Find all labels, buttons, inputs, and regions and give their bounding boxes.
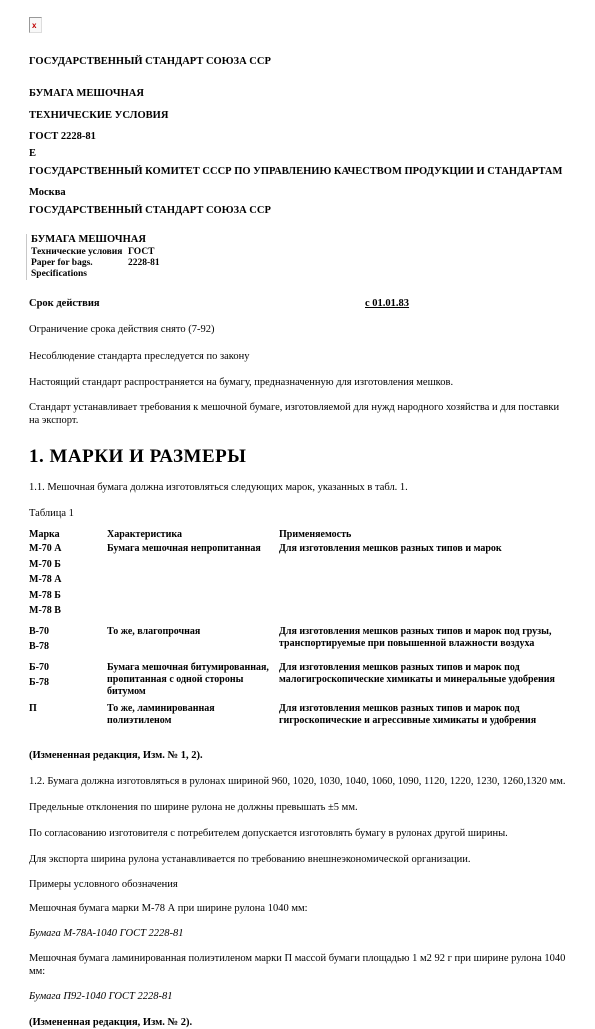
mark-value: М-78 Б [29,590,101,602]
title-block: БУМАГА МЕШОЧНАЯ Технические условия Pape… [26,234,566,280]
section1-heading: 1. МАРКИ И РАЗМЕРЫ [29,447,566,467]
example1-text: Мешочная бумага марки М-78 А при ширине … [29,902,566,915]
example2-designation: Бумага П92-1040 ГОСТ 2228-81 [29,990,566,1003]
title-block-gost-number: 2228-81 [128,258,160,269]
city-line: Москва [29,186,566,199]
union-standard-repeat: ГОСУДАРСТВЕННЫЙ СТАНДАРТ СОЮЗА ССР [29,204,566,217]
clause-1-2: 1.2. Бумага должна изготовляться в рулон… [29,775,566,788]
amendment-note-1: (Измененная редакция, Изм. № 1, 2). [29,749,566,762]
doc-title: БУМАГА МЕШОЧНАЯ [29,87,566,100]
mark-value: В-70 [29,626,101,638]
table-header-application: Применяемость [279,529,566,543]
table-row: В-70В-78То же, влагопрочнаяДля изготовле… [29,626,566,662]
cell-marks: В-70В-78 [29,626,107,662]
cell-application: Для изготовления мешков разных типов и м… [279,662,566,703]
broken-image-icon: x [29,17,42,33]
edition-letter: Е [29,147,566,160]
table-header-mark: Марка [29,529,107,543]
title-block-columns: Технические условия Paper for bags. Spec… [31,247,566,280]
cell-marks: Б-70Б-78 [29,662,107,703]
title-block-left: Технические условия Paper for bags. Spec… [31,247,128,280]
title-block-title: БУМАГА МЕШОЧНАЯ [31,234,566,246]
validity-limitation-note: Ограничение срока действия снято (7-92) [29,323,566,336]
table-row: М-70 АМ-70 БМ-78 АМ-78 БМ-78 ВБумага меш… [29,543,566,626]
marks-table: Марка Характеристика Применяемость М-70 … [29,529,566,732]
cell-marks: М-70 АМ-70 БМ-78 АМ-78 БМ-78 В [29,543,107,626]
title-block-gost-label: ГОСТ [128,247,160,258]
validity-date: с 01.01.83 [365,297,409,310]
mark-value: М-70 Б [29,559,101,571]
law-note: Несоблюдение стандарта преследуется по з… [29,350,566,363]
cell-characteristic: То же, ламинированная полиэтиленом [107,703,279,732]
union-standard-header: ГОСУДАРСТВЕННЫЙ СТАНДАРТ СОЮЗА ССР [29,55,566,68]
title-block-subtitle-en2: Specifications [31,269,128,280]
mark-value: М-70 А [29,543,101,555]
title-block-right: ГОСТ 2228-81 [128,247,160,280]
cell-application: Для изготовления мешков разных типов и м… [279,626,566,662]
cell-characteristic: Бумага мешочная битумированная, пропитан… [107,662,279,703]
clause-1-1: 1.1. Мешочная бумага должна изготовлятьс… [29,481,566,494]
amendment-note-2: (Измененная редакция, Изм. № 2). [29,1016,566,1029]
requirements-paragraph: Стандарт устанавливает требования к мешо… [29,401,566,427]
doc-subtitle: ТЕХНИЧЕСКИЕ УСЛОВИЯ [29,109,566,122]
cell-characteristic: То же, влагопрочная [107,626,279,662]
broken-image-x-glyph: x [32,19,36,32]
mark-value: Б-78 [29,677,101,689]
export-paragraph: Для экспорта ширина рулона устанавливает… [29,853,566,866]
cell-marks: П [29,703,107,732]
examples-intro: Примеры условного обозначения [29,878,566,891]
committee-line: ГОСУДАРСТВЕННЫЙ КОМИТЕТ СССР ПО УПРАВЛЕН… [29,165,566,178]
table1-body: М-70 АМ-70 БМ-78 АМ-78 БМ-78 ВБумага меш… [29,543,566,732]
mark-value: Б-70 [29,662,101,674]
example2-text: Мешочная бумага ламинированная полиэтиле… [29,952,566,978]
title-block-subtitle-en1: Paper for bags. [31,258,128,269]
validity-row: Срок действия с 01.01.83 [29,297,566,310]
mark-value: В-78 [29,641,101,653]
mark-value: П [29,703,101,715]
validity-label: Срок действия [29,298,100,309]
mark-value: М-78 А [29,574,101,586]
cell-characteristic: Бумага мешочная непропитанная [107,543,279,626]
agreement-paragraph: По согласованию изготовителя с потребите… [29,827,566,840]
gost-number-line: ГОСТ 2228-81 [29,130,566,143]
tolerance-paragraph: Предельные отклонения по ширине рулона н… [29,801,566,814]
table-header-characteristic: Характеристика [107,529,279,543]
table-row: ПТо же, ламинированная полиэтиленомДля и… [29,703,566,732]
cell-application: Для изготовления мешков разных типов и м… [279,703,566,732]
title-block-subtitle-ru: Технические условия [31,247,128,258]
cell-application: Для изготовления мешков разных типов и м… [279,543,566,626]
table-header-row: Марка Характеристика Применяемость [29,529,566,543]
mark-value: М-78 В [29,605,101,617]
example1-designation: Бумага М-78А-1040 ГОСТ 2228-81 [29,927,566,940]
table-row: Б-70Б-78Бумага мешочная битумированная, … [29,662,566,703]
table1-caption: Таблица 1 [29,507,566,520]
scope-paragraph: Настоящий стандарт распространяется на б… [29,376,566,389]
document-page: x ГОСУДАРСТВЕННЫЙ СТАНДАРТ СОЮЗА ССР БУМ… [0,0,595,1029]
